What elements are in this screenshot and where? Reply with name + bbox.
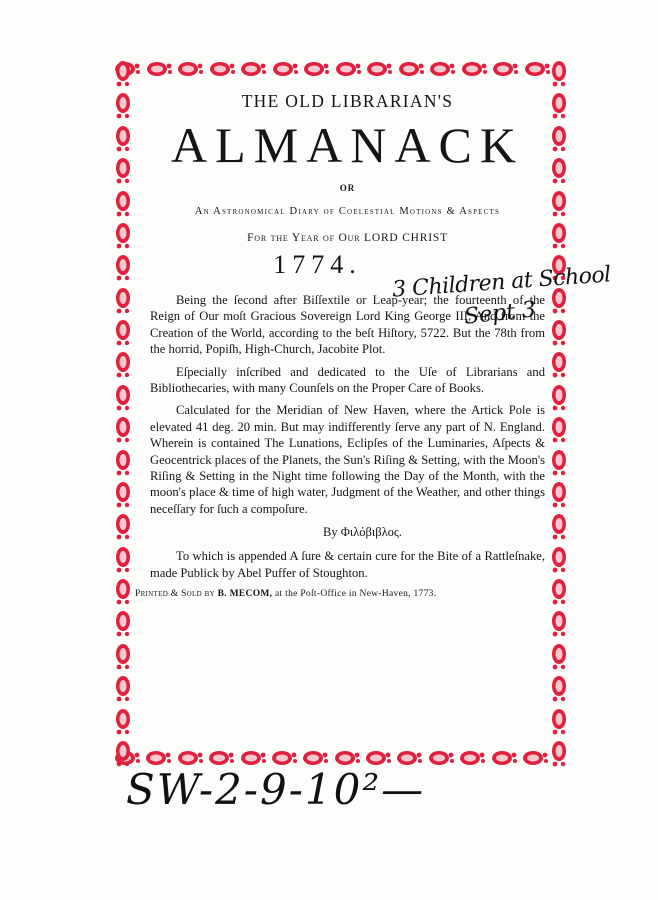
paisley-ornament-icon <box>548 58 570 88</box>
almanack-title-page: THE OLD LIBRARIAN'S ALMANACK OR An Astro… <box>0 0 658 900</box>
paisley-ornament-icon <box>548 220 570 250</box>
paisley-ornament-icon <box>112 576 134 606</box>
paisley-ornament-icon <box>175 58 205 78</box>
paisley-ornament-icon <box>332 747 362 767</box>
paisley-ornament-icon <box>112 90 134 120</box>
paisley-ornament-icon <box>459 58 489 78</box>
paisley-ornament-icon <box>112 673 134 703</box>
paisley-ornament-icon <box>394 747 424 767</box>
page-title: ALMANACK <box>150 117 545 173</box>
paisley-ornament-icon <box>143 747 173 767</box>
paisley-ornament-icon <box>238 747 268 767</box>
paisley-ornament-icon <box>548 349 570 379</box>
paisley-ornament-icon <box>490 58 520 78</box>
paisley-ornament-icon <box>364 58 394 78</box>
paragraph-appendix: To which is appended A ſure & certain cu… <box>150 548 545 581</box>
paisley-ornament-icon <box>112 479 134 509</box>
paisley-ornament-icon <box>520 747 550 767</box>
paisley-ornament-icon <box>112 220 134 250</box>
paisley-ornament-icon <box>112 706 134 736</box>
paisley-ornament-icon <box>112 382 134 412</box>
paisley-ornament-icon <box>112 58 134 88</box>
paisley-ornament-icon <box>363 747 393 767</box>
paisley-ornament-icon <box>112 317 134 347</box>
paragraph-meridian: Calculated for the Meridian of New Haven… <box>150 402 545 517</box>
imprint-printer: B. MECOM, <box>218 589 273 599</box>
paisley-ornament-icon <box>548 479 570 509</box>
handwritten-catalog-mark: SW-2-9-10²— <box>126 765 425 814</box>
ornamental-border-right <box>548 58 570 768</box>
or-label: OR <box>150 183 545 193</box>
paisley-ornament-icon <box>269 747 299 767</box>
paisley-ornament-icon <box>548 576 570 606</box>
paisley-ornament-icon <box>548 155 570 185</box>
paisley-ornament-icon <box>333 58 363 78</box>
paisley-ornament-icon <box>300 747 330 767</box>
ornamental-border-left <box>112 58 134 768</box>
paisley-ornament-icon <box>548 641 570 671</box>
paisley-ornament-icon <box>112 641 134 671</box>
paisley-ornament-icon <box>548 673 570 703</box>
paisley-ornament-icon <box>548 414 570 444</box>
paisley-ornament-icon <box>112 511 134 541</box>
paisley-ornament-icon <box>144 58 174 78</box>
paisley-ornament-icon <box>548 738 570 768</box>
paisley-ornament-icon <box>396 58 426 78</box>
paisley-ornament-icon <box>548 608 570 638</box>
paisley-ornament-icon <box>426 747 456 767</box>
paisley-ornament-icon <box>112 608 134 638</box>
paisley-ornament-icon <box>548 382 570 412</box>
paisley-ornament-icon <box>548 706 570 736</box>
paisley-ornament-icon <box>548 317 570 347</box>
header-line: THE OLD LIBRARIAN'S <box>150 91 545 112</box>
paisley-ornament-icon <box>112 155 134 185</box>
imprint-label: Printed & Sold by <box>135 589 215 599</box>
paisley-ornament-icon <box>112 285 134 315</box>
year-line: For the Year of Our LORD CHRIST <box>150 232 545 244</box>
imprint: Printed & Sold by B. MECOM, at the Poſt-… <box>135 589 545 599</box>
title-page-content: THE OLD LIBRARIAN'S ALMANACK OR An Astro… <box>150 80 545 599</box>
paisley-ornament-icon <box>548 123 570 153</box>
paisley-ornament-icon <box>548 90 570 120</box>
paisley-ornament-icon <box>548 511 570 541</box>
paisley-ornament-icon <box>270 58 300 78</box>
paisley-ornament-icon <box>548 447 570 477</box>
paisley-ornament-icon <box>112 738 134 768</box>
subtitle: An Astronomical Diary of Coelestial Moti… <box>120 206 575 217</box>
paisley-ornament-icon <box>112 447 134 477</box>
paisley-ornament-icon <box>112 544 134 574</box>
paisley-ornament-icon <box>206 747 236 767</box>
paisley-ornament-icon <box>301 58 331 78</box>
paisley-ornament-icon <box>175 747 205 767</box>
paisley-ornament-icon <box>112 123 134 153</box>
paisley-ornament-icon <box>489 747 519 767</box>
ornamental-border-top <box>112 58 552 80</box>
byline: By Φιλόβιβλος. <box>180 525 545 540</box>
paisley-ornament-icon <box>112 414 134 444</box>
paisley-ornament-icon <box>207 58 237 78</box>
paisley-ornament-icon <box>457 747 487 767</box>
paragraph-dedication: Eſpecially inſcribed and dedicated to th… <box>150 364 545 397</box>
imprint-place: at the Poſt-Office in New-Haven, 1773. <box>275 589 436 599</box>
paisley-ornament-icon <box>112 349 134 379</box>
paisley-ornament-icon <box>427 58 457 78</box>
paisley-ornament-icon <box>548 544 570 574</box>
paisley-ornament-icon <box>238 58 268 78</box>
